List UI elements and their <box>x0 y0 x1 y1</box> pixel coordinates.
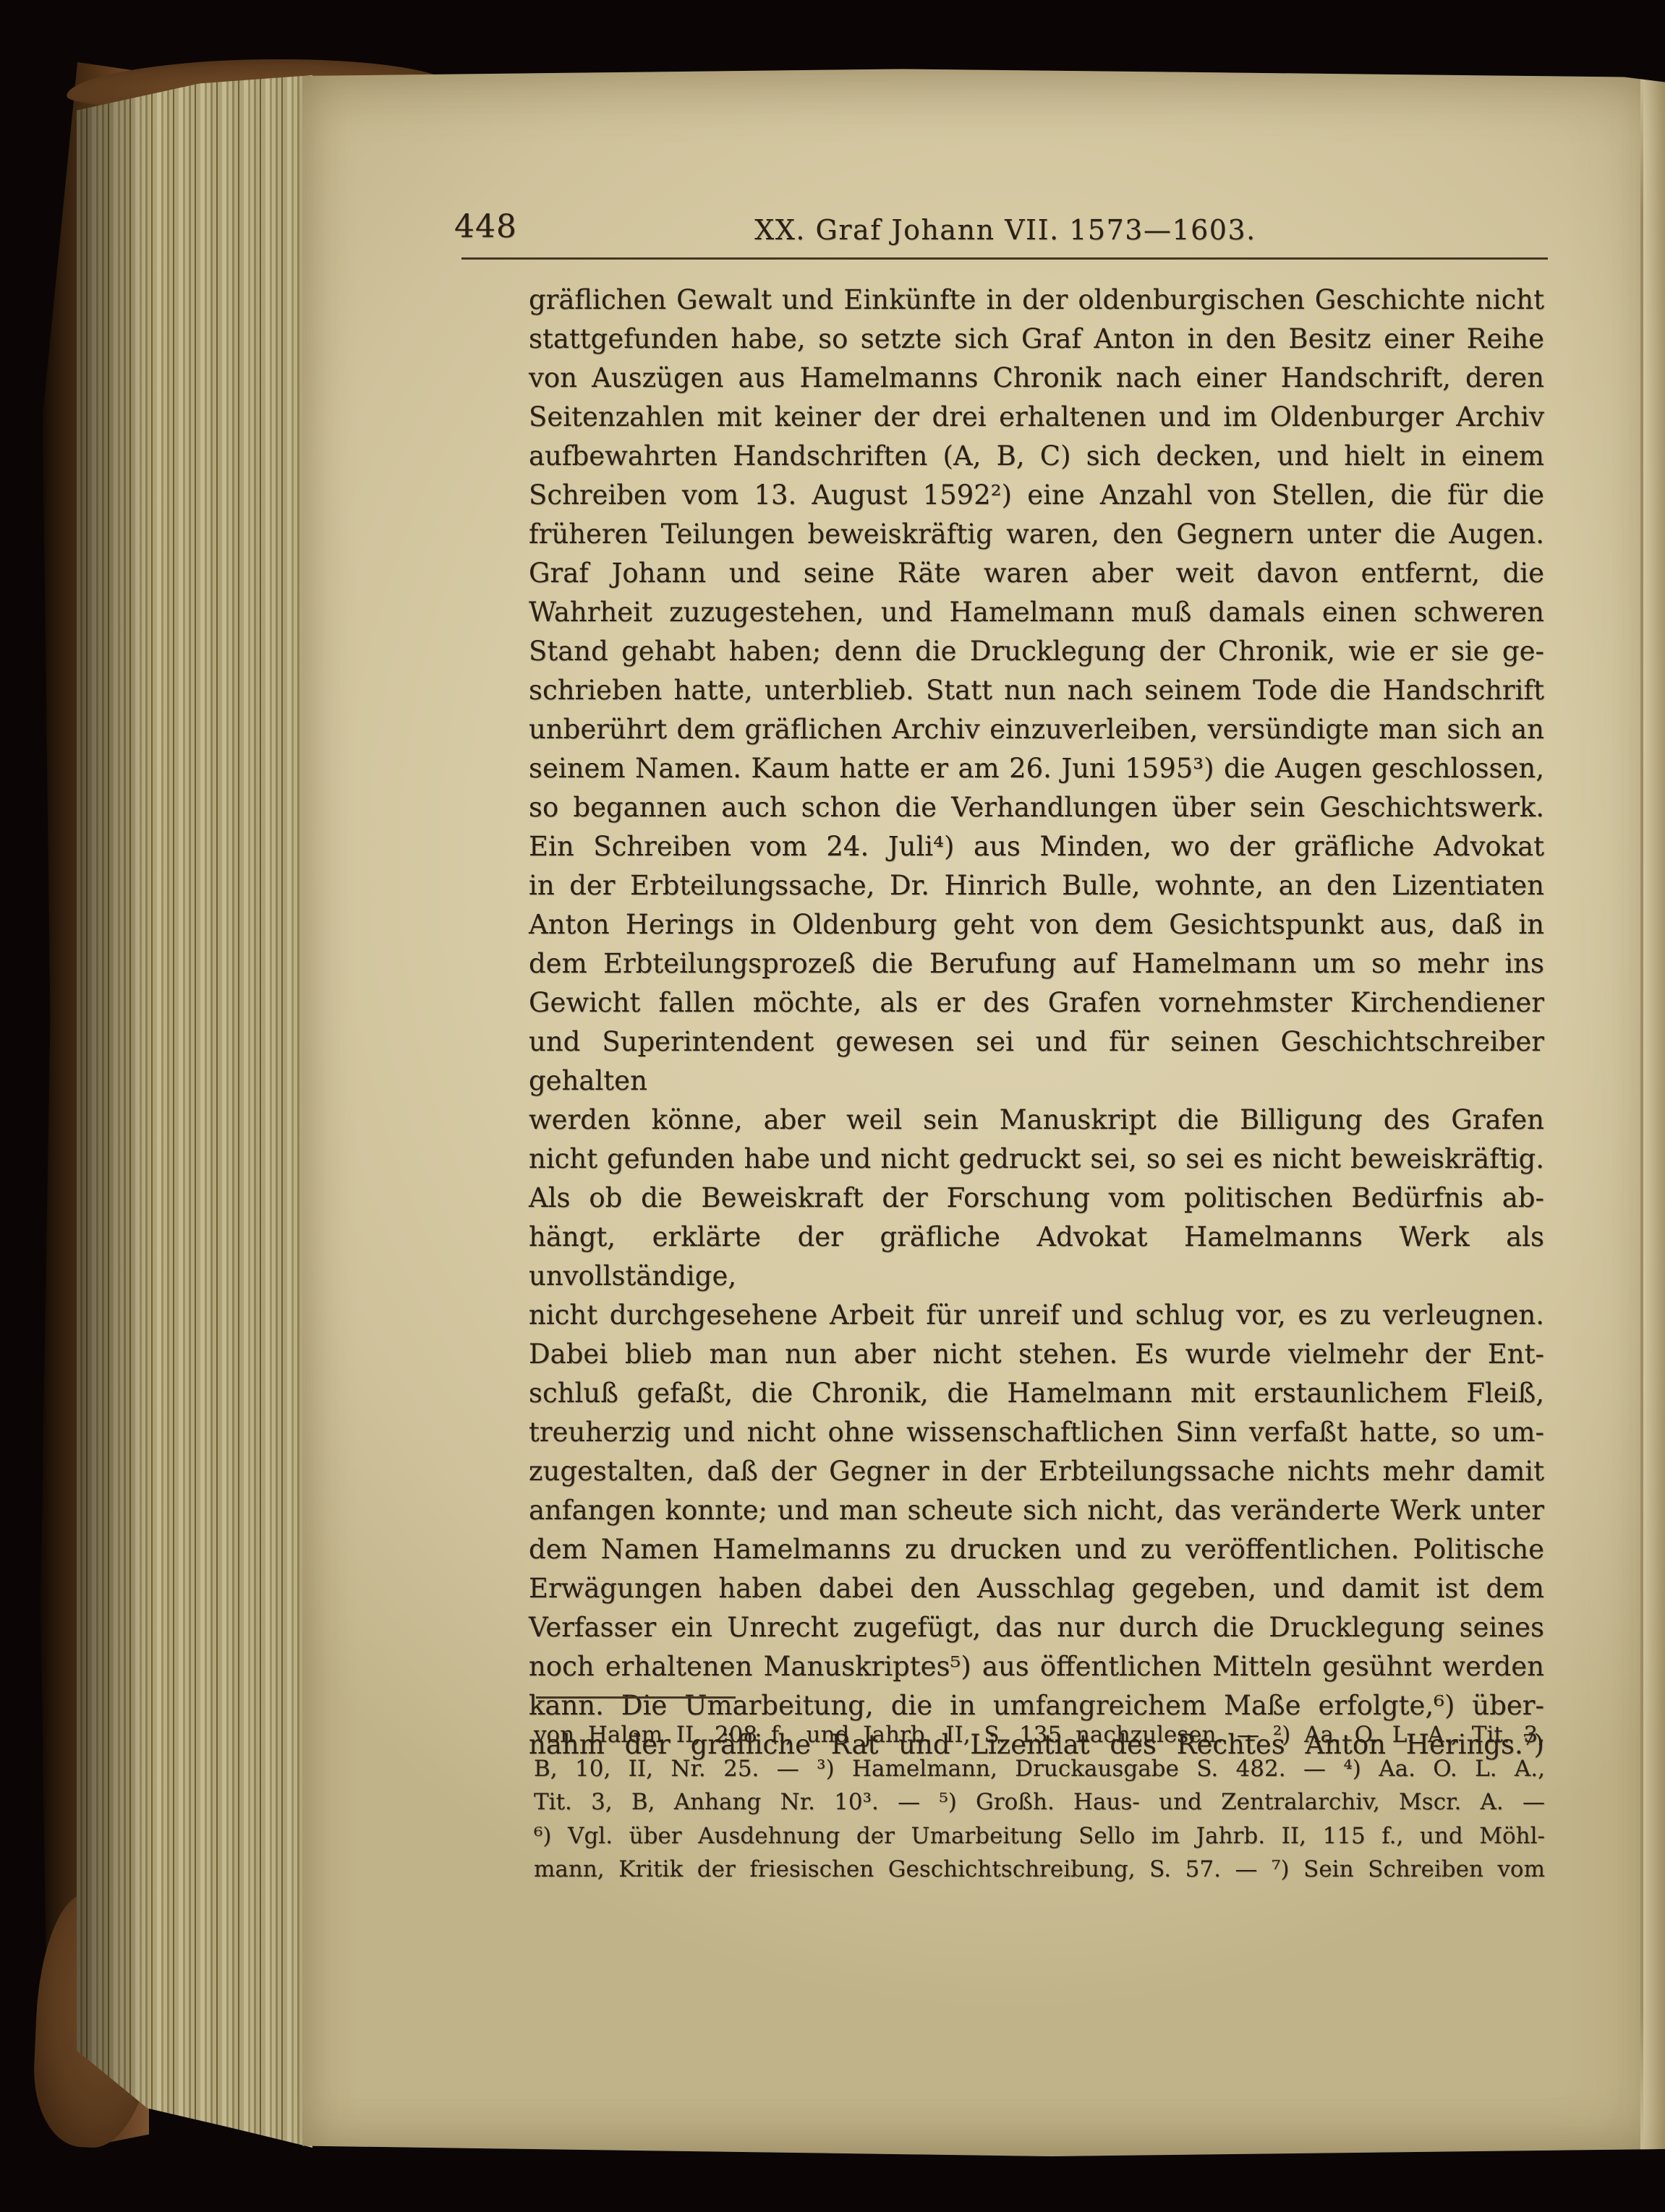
body-line: dem Erbteilungsprozeß die Berufung auf H… <box>529 944 1544 983</box>
body-line: so begannen auch schon die Verhandlungen… <box>529 788 1544 827</box>
footnote-rule <box>536 1696 736 1699</box>
body-line: Schreiben vom 13. August 1592²) eine Anz… <box>529 476 1544 515</box>
body-line: Stand gehabt haben; denn die Drucklegung… <box>529 632 1544 671</box>
body-line: noch erhaltenen Manuskriptes⁵) aus öffen… <box>529 1647 1544 1686</box>
body-line: Anton Herings in Oldenburg geht von dem … <box>529 905 1544 944</box>
body-line: seinem Namen. Kaum hatte er am 26. Juni … <box>529 749 1544 788</box>
footnote-line: B, 10, II, Nr. 25. — ³) Hamelmann, Druck… <box>534 1752 1545 1786</box>
footnote-line: von Halem II, 208 f., und Jahrb. II, S. … <box>534 1718 1545 1752</box>
body-line: und Superintendent gewesen sei und für s… <box>529 1022 1544 1101</box>
body-line: Seitenzahlen mit keiner der drei erhalte… <box>529 398 1544 437</box>
body-line: stattgefunden habe, so setzte sich Graf … <box>529 320 1544 359</box>
header-rule <box>461 257 1548 260</box>
body-line: früheren Teilungen beweiskräftig waren, … <box>529 515 1544 554</box>
body-line: hängt, erklärte der gräfliche Advokat Ha… <box>529 1218 1544 1296</box>
body-line: schrieben hatte, unterblieb. Statt nun n… <box>529 671 1544 710</box>
body-line: gräflichen Gewalt und Einkünfte in der o… <box>529 281 1544 320</box>
body-line: in der Erbteilungssache, Dr. Hinrich Bul… <box>529 866 1544 905</box>
body-line: Wahrheit zuzugestehen, und Hamelmann muß… <box>529 593 1544 632</box>
footnote-line: mann, Kritik der friesischen Geschichtsc… <box>534 1853 1545 1887</box>
footnote-line: Tit. 3, B, Anhang Nr. 10³. — ⁵) Großh. H… <box>534 1785 1545 1819</box>
body-line: Ein Schreiben vom 24. Juli⁴) aus Minden,… <box>529 827 1544 866</box>
body-line: Erwägungen haben dabei den Ausschlag geg… <box>529 1569 1544 1608</box>
body-line: werden könne, aber weil sein Manuskript … <box>529 1101 1544 1140</box>
body-line: Als ob die Beweiskraft der Forschung vom… <box>529 1179 1544 1218</box>
body-line: von Auszügen aus Hamelmanns Chronik nach… <box>529 359 1544 398</box>
book-photo: 448 XX. Graf Johann VII. 1573—1603. gräf… <box>0 0 1665 2212</box>
footnote-line: ⁶) Vgl. über Ausdehnung der Umarbeitung … <box>534 1819 1545 1853</box>
body-line: nicht durchgesehene Arbeit für unreif un… <box>529 1296 1544 1335</box>
body-line: anfangen konnte; und man scheute sich ni… <box>529 1491 1544 1530</box>
body-line: treuherzig und nicht ohne wissenschaftli… <box>529 1413 1544 1452</box>
footnotes: von Halem II, 208 f., und Jahrb. II, S. … <box>534 1718 1545 1887</box>
body-line: Verfasser ein Unrecht zugefügt, das nur … <box>529 1608 1544 1647</box>
body-line: nicht gefunden habe und nicht gedruckt s… <box>529 1140 1544 1179</box>
body-line: zugestalten, daß der Gegner in der Erbte… <box>529 1452 1544 1491</box>
body-line: Dabei blieb man nun aber nicht stehen. E… <box>529 1335 1544 1374</box>
running-header: XX. Graf Johann VII. 1573—1603. <box>463 214 1548 246</box>
body-line: Graf Johann und seine Räte waren aber we… <box>529 554 1544 593</box>
body-line: Gewicht fallen möchte, als er des Grafen… <box>529 983 1544 1022</box>
body-line: dem Namen Hamelmanns zu drucken und zu v… <box>529 1530 1544 1569</box>
page-content: 448 XX. Graf Johann VII. 1573—1603. gräf… <box>0 0 1665 2212</box>
body-line: aufbewahrten Handschriften (A, B, C) sic… <box>529 437 1544 476</box>
body-line: unberührt dem gräflichen Archiv einzuver… <box>529 710 1544 749</box>
body-text: gräflichen Gewalt und Einkünfte in der o… <box>529 281 1544 1764</box>
body-line: schluß gefaßt, die Chronik, die Hamelman… <box>529 1374 1544 1413</box>
